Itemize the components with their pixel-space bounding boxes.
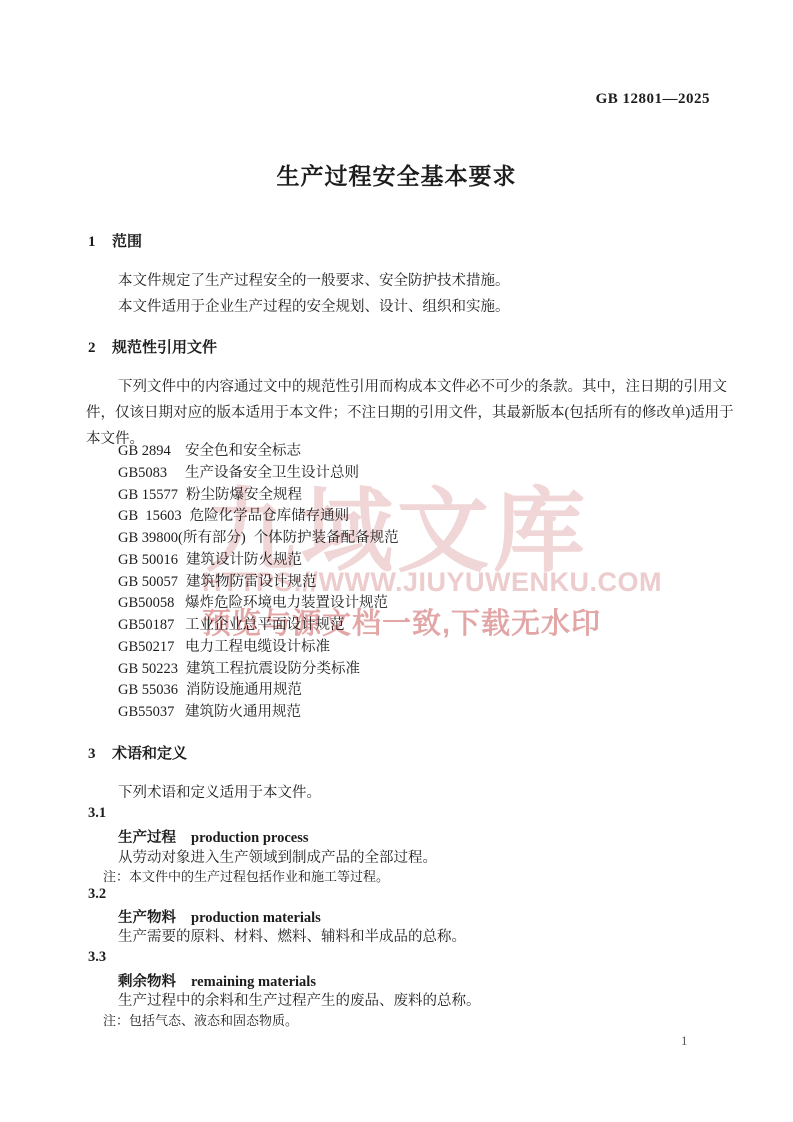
section-1-heading: 1范围 bbox=[88, 230, 142, 251]
term-1-definition: 从劳动对象进入生产领域到制成产品的全部过程。 bbox=[118, 848, 437, 868]
reference-code: GB 55036 bbox=[118, 680, 178, 702]
reference-code: GB50217 bbox=[118, 637, 177, 659]
reference-item: GB50217电力工程电缆设计标准 bbox=[118, 637, 718, 659]
term-1-number: 3.1 bbox=[88, 805, 106, 822]
document-content: GB 12801—2025 生产过程安全基本要求 1范围 本文件规定了生产过程安… bbox=[0, 0, 793, 1122]
reference-item: GB 39800(所有部分)个体防护装备配备规范 bbox=[118, 528, 718, 550]
reference-item: GB 15577粉尘防爆安全规程 bbox=[118, 485, 718, 507]
reference-code: GB 50057 bbox=[118, 572, 178, 594]
reference-code: GB 2894 bbox=[118, 441, 177, 463]
section-2-title: 规范性引用文件 bbox=[112, 339, 217, 356]
term-2-number: 3.2 bbox=[88, 886, 106, 903]
reference-item: GB 50016建筑设计防火规范 bbox=[118, 550, 718, 572]
term-2-en: production materials bbox=[191, 910, 321, 926]
reference-title: 消防设施通用规范 bbox=[186, 680, 302, 702]
reference-item: GB 55036消防设施通用规范 bbox=[118, 680, 718, 702]
term-3-note: 注：包括气态、液态和固态物质。 bbox=[103, 1012, 298, 1030]
section-2-heading: 2规范性引用文件 bbox=[88, 336, 217, 357]
term-3-en: remaining materials bbox=[191, 974, 316, 990]
section-1-title: 范围 bbox=[112, 233, 142, 250]
term-1-en: production process bbox=[191, 830, 309, 846]
reference-title: 生产设备安全卫生设计总则 bbox=[185, 463, 359, 485]
reference-code: GB 50223 bbox=[118, 659, 178, 681]
term-2-zh: 生产物料 bbox=[118, 910, 176, 926]
references-list: GB 2894安全色和安全标志 GB5083生产设备安全卫生设计总则 GB 15… bbox=[118, 441, 718, 724]
reference-title: 建筑物防雷设计规范 bbox=[186, 572, 317, 594]
reference-item: GB55037建筑防火通用规范 bbox=[118, 702, 718, 724]
section-3-number: 3 bbox=[88, 746, 112, 763]
reference-title: 建筑工程抗震设防分类标准 bbox=[186, 659, 360, 681]
term-3-zh: 剩余物料 bbox=[118, 974, 176, 990]
doc-title: 生产过程安全基本要求 bbox=[0, 158, 793, 191]
reference-code: GB 15577 bbox=[118, 485, 178, 507]
normative-paragraph-line-1: 下列文件中的内容通过文中的规范性引用而构成本文件必不可少的条款。其中，注日期的引… bbox=[118, 377, 727, 397]
reference-code: GB 50016 bbox=[118, 550, 178, 572]
reference-title: 工业企业总平面设计规范 bbox=[185, 615, 345, 637]
reference-code: GB 39800(所有部分) bbox=[118, 528, 246, 550]
term-2-heading: 生产物料production materials bbox=[118, 906, 321, 927]
term-1-heading: 生产过程production process bbox=[118, 826, 309, 847]
section-3-heading: 3术语和定义 bbox=[88, 742, 187, 763]
section-3-title: 术语和定义 bbox=[112, 745, 187, 762]
scope-paragraph-1: 本文件规定了生产过程安全的一般要求、安全防护技术措施。 bbox=[118, 271, 510, 291]
term-2-definition: 生产需要的原料、材料、燃料、辅料和半成品的总称。 bbox=[118, 927, 466, 947]
reference-code: GB5083 bbox=[118, 463, 177, 485]
reference-title: 危险化学品仓库储存通则 bbox=[190, 506, 350, 528]
reference-item: GB 50057建筑物防雷设计规范 bbox=[118, 572, 718, 594]
reference-title: 粉尘防爆安全规程 bbox=[186, 485, 302, 507]
doc-number: GB 12801—2025 bbox=[596, 91, 710, 108]
document-page: 九域文库 HTTPS://WWW.JIUYUWENKU.COM 预览与源文档一致… bbox=[0, 0, 793, 1122]
reference-code: GB 15603 bbox=[118, 506, 182, 528]
term-3-definition: 生产过程中的余料和生产过程产生的废品、废料的总称。 bbox=[118, 991, 481, 1011]
section-1-number: 1 bbox=[88, 234, 112, 251]
term-3-heading: 剩余物料remaining materials bbox=[118, 970, 316, 991]
term-1-zh: 生产过程 bbox=[118, 830, 176, 846]
reference-code: GB50058 bbox=[118, 593, 177, 615]
reference-code: GB50187 bbox=[118, 615, 177, 637]
reference-code: GB55037 bbox=[118, 702, 177, 724]
page-number: 1 bbox=[681, 1033, 688, 1049]
reference-title: 爆炸危险环境电力装置设计规范 bbox=[185, 593, 388, 615]
section-2-number: 2 bbox=[88, 340, 112, 357]
reference-title: 建筑防火通用规范 bbox=[185, 702, 301, 724]
scope-paragraph-2: 本文件适用于企业生产过程的安全规划、设计、组织和实施。 bbox=[118, 297, 510, 317]
reference-title: 电力工程电缆设计标准 bbox=[185, 637, 330, 659]
reference-item: GB 2894安全色和安全标志 bbox=[118, 441, 718, 463]
reference-item: GB50058爆炸危险环境电力装置设计规范 bbox=[118, 593, 718, 615]
term-1-note: 注：本文件中的生产过程包括作业和施工等过程。 bbox=[103, 868, 389, 886]
reference-item: GB 50223建筑工程抗震设防分类标准 bbox=[118, 659, 718, 681]
reference-item: GB 15603危险化学品仓库储存通则 bbox=[118, 506, 718, 528]
reference-title: 建筑设计防火规范 bbox=[186, 550, 302, 572]
normative-paragraph-line-2: 件，仅该日期对应的版本适用于本文件；不注日期的引用文件，其最新版本(包括所有的修… bbox=[86, 403, 734, 423]
reference-title: 个体防护装备配备规范 bbox=[254, 528, 399, 550]
term-3-number: 3.3 bbox=[88, 949, 106, 966]
reference-title: 安全色和安全标志 bbox=[185, 441, 301, 463]
reference-item: GB5083生产设备安全卫生设计总则 bbox=[118, 463, 718, 485]
terms-intro: 下列术语和定义适用于本文件。 bbox=[118, 783, 321, 803]
reference-item: GB50187工业企业总平面设计规范 bbox=[118, 615, 718, 637]
